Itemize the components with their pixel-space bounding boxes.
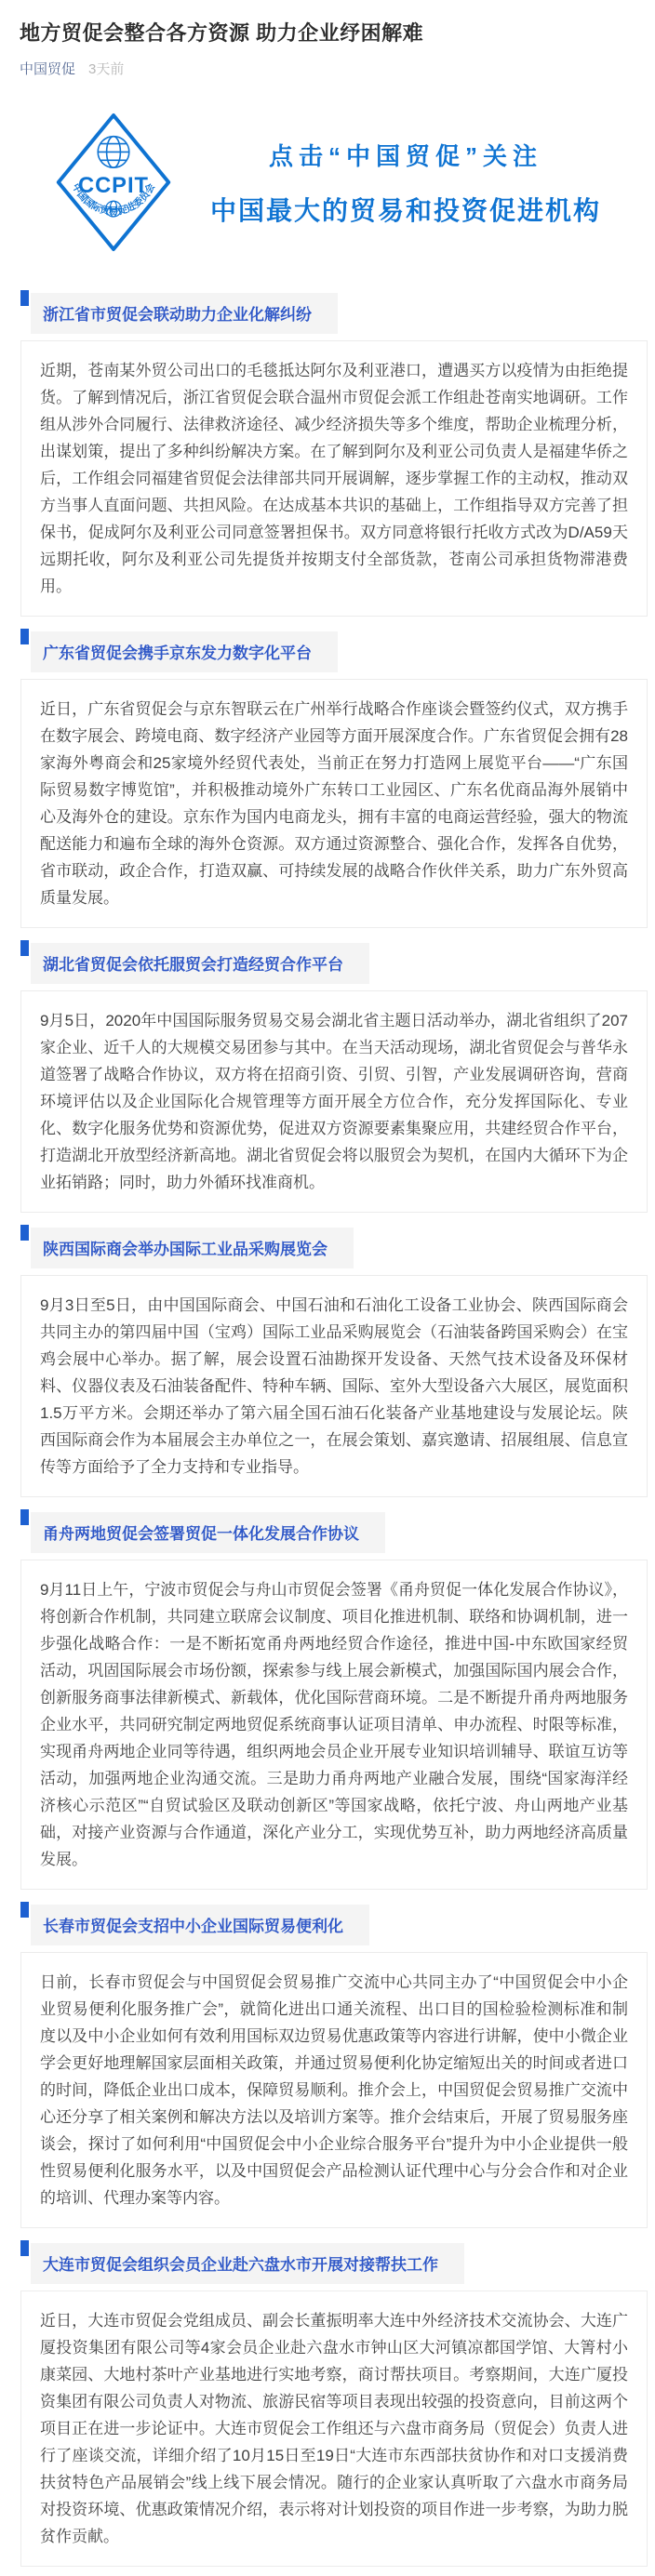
section-body-box: 9月3日至5日，由中国国际商会、中国石油和石油化工设备工业协会、陕西国际商会共同…: [20, 1275, 648, 1497]
section-zhejiang: 浙江省市贸促会联动助力企业化解纠纷 近期，苍南某外贸公司出口的毛毯抵达阿尔及利亚…: [0, 290, 655, 617]
heading-marker-icon: [20, 1225, 29, 1241]
section-heading-row: 湖北省贸促会依托服贸会打造经贸合作平台: [0, 940, 655, 984]
banner-line2: 中国最大的贸易和投资促进机构: [210, 191, 601, 228]
section-heading-row: 甬舟两地贸促会签署贸促一体化发展合作协议: [0, 1509, 655, 1553]
heading-marker-icon: [20, 1902, 29, 1918]
section-paragraph: 近日，大连市贸促会党组成员、副会长董振明率大连中外经济技术交流协会、大连广厦投资…: [40, 2307, 628, 2550]
section-paragraph: 近日，广东省贸促会与京东智联云在广州举行战略合作座谈会暨签约仪式，双方携手在数字…: [40, 696, 628, 911]
section-body-box: 近期，苍南某外贸公司出口的毛毯抵达阿尔及利亚港口，遭遇买方以疫情为由拒绝提货。了…: [20, 340, 648, 617]
heading-marker-icon: [20, 1509, 29, 1525]
section-shaanxi: 陕西国际商会举办国际工业品采购展览会 9月3日至5日，由中国国际商会、中国石油和…: [0, 1225, 655, 1497]
article-timestamp: 3天前: [88, 61, 124, 77]
section-heading: 浙江省市贸促会联动助力企业化解纠纷: [31, 293, 338, 334]
section-body-box: 近日，广东省贸促会与京东智联云在广州举行战略合作座谈会暨签约仪式，双方携手在数字…: [20, 679, 648, 928]
section-body-box: 9月11日上午，宁波市贸促会与舟山市贸促会签署《甬舟贸促一体化发展合作协议》，将…: [20, 1560, 648, 1890]
ccpit-logo-text: CCPIT: [78, 174, 149, 198]
section-guangdong: 广东省贸促会携手京东发力数字化平台 近日，广东省贸促会与京东智联云在广州举行战略…: [0, 629, 655, 928]
section-heading: 长春市贸促会支招中小企业国际贸易便利化: [31, 1905, 369, 1945]
section-heading-row: 浙江省市贸促会联动助力企业化解纠纷: [0, 290, 655, 334]
section-heading-row: 陕西国际商会举办国际工业品采购展览会: [0, 1225, 655, 1268]
byline: 中国贸促3天前: [20, 59, 655, 78]
section-body-box: 日前，长春市贸促会与中国贸促会贸易推广交流中心共同主办了“中国贸促会中小企业贸易…: [20, 1952, 648, 2228]
section-hubei: 湖北省贸促会依托服贸会打造经贸合作平台 9月5日，2020年中国国际服务贸易交易…: [0, 940, 655, 1213]
section-paragraph: 9月11日上午，宁波市贸促会与舟山市贸促会签署《甬舟贸促一体化发展合作协议》，将…: [40, 1576, 628, 1873]
article-title: 地方贸促会整合各方资源 助力企业纾困解难: [20, 20, 636, 46]
section-paragraph: 近期，苍南某外贸公司出口的毛毯抵达阿尔及利亚港口，遭遇买方以疫情为由拒绝提货。了…: [40, 357, 628, 600]
section-changchun: 长春市贸促会支招中小企业国际贸易便利化 日前，长春市贸促会与中国贸促会贸易推广交…: [0, 1902, 655, 2228]
section-heading-row: 广东省贸促会携手京东发力数字化平台: [0, 629, 655, 672]
ccpit-logo-icon: CCPIT 中国国际贸易促进委员会: [54, 112, 173, 253]
section-paragraph: 9月5日，2020年中国国际服务贸易交易会湖北省主题日活动举办，湖北省组织了20…: [40, 1007, 628, 1196]
section-paragraph: 9月3日至5日，由中国国际商会、中国石油和石油化工设备工业协会、陕西国际商会共同…: [40, 1292, 628, 1481]
section-dalian: 大连市贸促会组织会员企业赴六盘水市开展对接帮扶工作 近日，大连市贸促会党组成员、…: [0, 2240, 655, 2567]
heading-marker-icon: [20, 940, 29, 956]
section-heading-row: 长春市贸促会支招中小企业国际贸易便利化: [0, 1902, 655, 1945]
heading-marker-icon: [20, 629, 29, 644]
heading-marker-icon: [20, 2240, 29, 2256]
section-body-box: 近日，大连市贸促会党组成员、副会长董振明率大连中外经济技术交流协会、大连广厦投资…: [20, 2291, 648, 2567]
section-yongzhou: 甬舟两地贸促会签署贸促一体化发展合作协议 9月11日上午，宁波市贸促会与舟山市贸…: [0, 1509, 655, 1890]
article-source-link[interactable]: 中国贸促: [20, 61, 75, 77]
section-heading: 陕西国际商会举办国际工业品采购展览会: [31, 1228, 354, 1268]
section-heading: 湖北省贸促会依托服贸会打造经贸合作平台: [31, 943, 369, 984]
section-paragraph: 日前，长春市贸促会与中国贸促会贸易推广交流中心共同主办了“中国贸促会中小企业贸易…: [40, 1969, 628, 2211]
section-heading: 甬舟两地贸促会签署贸促一体化发展合作协议: [31, 1512, 385, 1553]
section-heading: 大连市贸促会组织会员企业赴六盘水市开展对接帮扶工作: [31, 2243, 464, 2284]
section-heading-row: 大连市贸促会组织会员企业赴六盘水市开展对接帮扶工作: [0, 2240, 655, 2284]
heading-marker-icon: [20, 290, 29, 306]
globe-icon: [98, 137, 129, 168]
section-heading: 广东省贸促会携手京东发力数字化平台: [31, 631, 338, 672]
banner-line1: 点击“中国贸促”关注: [210, 138, 601, 172]
section-body-box: 9月5日，2020年中国国际服务贸易交易会湖北省主题日活动举办，湖北省组织了20…: [20, 990, 648, 1213]
article-page: 地方贸促会整合各方资源 助力企业纾困解难 中国贸促3天前 CCPIT: [0, 20, 655, 2576]
banner-slogan: 点击“中国贸促”关注 中国最大的贸易和投资促进机构: [210, 138, 601, 228]
banner-image[interactable]: CCPIT 中国国际贸易促进委员会 点击“中国贸促”关注 中国最大的贸易和投资促…: [25, 104, 630, 260]
